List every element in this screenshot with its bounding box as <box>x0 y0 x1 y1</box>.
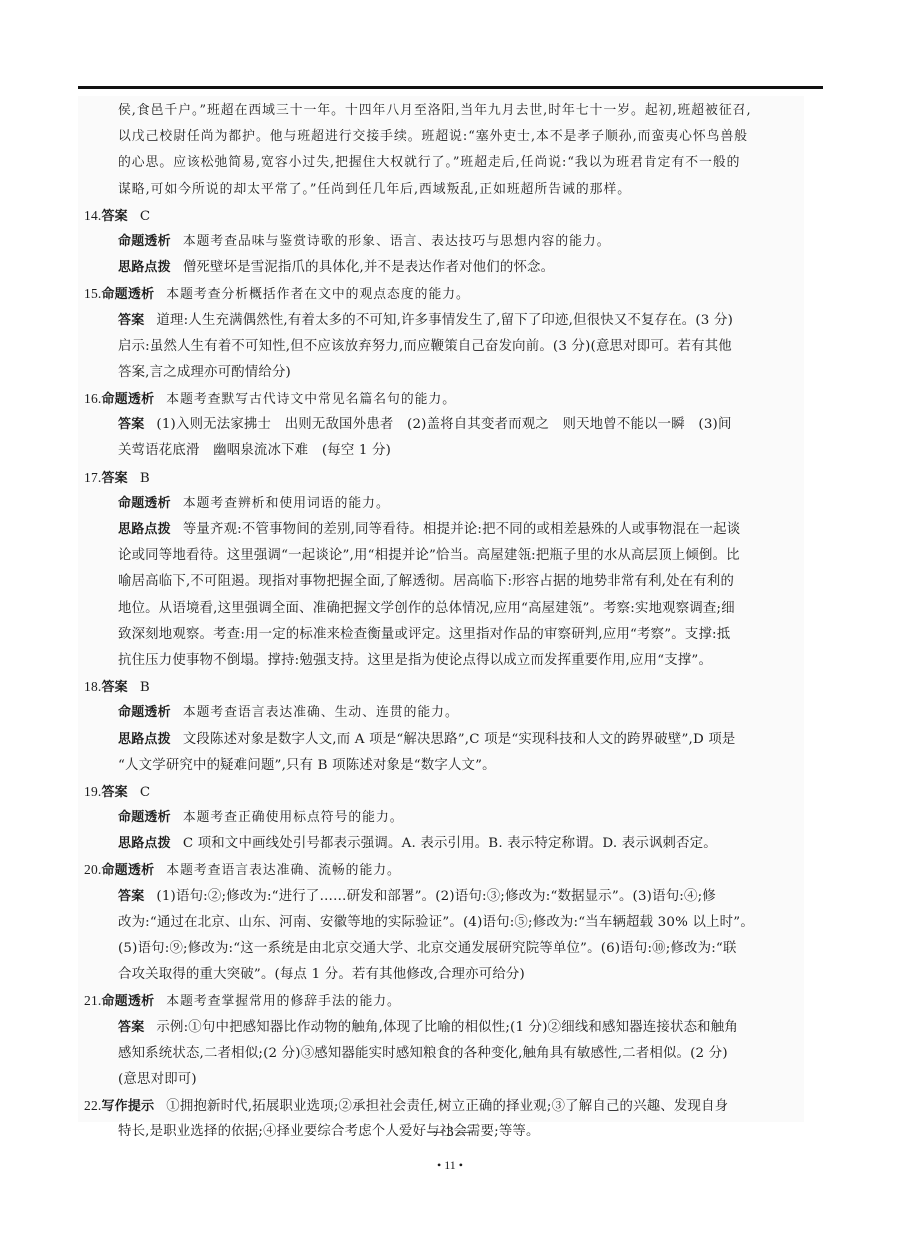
answer-label: 答案 <box>101 471 127 486</box>
question-number: 17. <box>84 465 101 491</box>
hint-continuation: “人文学研究中的疑难问题”,只有 B 项陈述对象是“数字人文”。 <box>84 753 804 779</box>
analysis-text: 本题考查辨析和使用词语的能力。 <box>183 496 390 511</box>
q16-analysis-row: 16.命题透析本题考查默写古代诗文中常见名篇名句的能力。 <box>84 386 804 412</box>
analysis-text: 本题考查分析概括作者在文中的观点态度的能力。 <box>166 287 470 302</box>
analysis-label: 命题透析 <box>101 863 154 878</box>
hint-continuation: 致深刻地观察。考查:用一定的标准来检查衡量或评定。这里指对作品的审察研判,应用“… <box>84 622 804 648</box>
q18-analysis-row: 命题透析本题考查语言表达准确、生动、连贯的能力。 <box>84 700 804 726</box>
writing-tip-label: 写作提示 <box>101 1099 154 1114</box>
answer-label: 答案 <box>118 417 144 432</box>
answer-value: C <box>140 785 150 800</box>
q18-hint-row: 思路点拨文段陈述对象是数字人文,而 A 项是“解决思路”,C 项是“实现科技和人… <box>84 727 804 753</box>
q21-analysis-row: 21.命题透析本题考查掌握常用的修辞手法的能力。 <box>84 988 804 1014</box>
hint-text: 僧死壁坏是雪泥指爪的具体化,并不是表达作者对他们的怀念。 <box>183 260 554 275</box>
answer-continuation: 改为:“通过在北京、山东、河南、安徽等地的实际验证”。(4)语句:⑤;修改为:“… <box>84 910 804 936</box>
intro-line: 的心思。应该松弛简易,宽容小过失,把握住大权就行了。”班超走后,任尚说:“我以为… <box>84 150 804 176</box>
question-number: 14. <box>84 203 101 229</box>
q18-answer-row: 18.答案B <box>84 674 804 700</box>
q17-hint-row: 思路点拨等量齐观:不管事物间的差别,同等看待。相提并论:把不同的或相差悬殊的人或… <box>84 517 804 543</box>
intro-line: 以戊己校尉任尚为都护。他与班超进行交接手续。班超说:“塞外吏士,本不是孝子顺孙,… <box>84 124 804 150</box>
answer-text: (1)入则无法家拂士 出则无敌国外患者 (2)盖将自其变者而观之 则天地曾不能以… <box>156 417 731 432</box>
answer-text: 示例:①句中把感知器比作动物的触角,体现了比喻的相似性;(1 分)②细线和感知器… <box>156 1020 738 1035</box>
question-number: 16. <box>84 386 101 412</box>
q19-analysis-row: 命题透析本题考查正确使用标点符号的能力。 <box>84 805 804 831</box>
hint-text: 等量齐观:不管事物间的差别,同等看待。相提并论:把不同的或相差悬殊的人或事物混在… <box>183 522 741 537</box>
answer-key-body: 侯,食邑千户。”班超在西域三十一年。十四年八月至洛阳,当年九月去世,时年七十一岁… <box>84 98 804 1146</box>
q20-analysis-row: 20.命题透析本题考查语言表达准确、流畅的能力。 <box>84 857 804 883</box>
answer-continuation: 关莺语花底滑 幽咽泉流冰下难 (每空 1 分) <box>84 438 804 464</box>
writing-tip-text: ①拥抱新时代,拓展职业选项;②承担社会责任,树立正确的择业观;③了解自己的兴趣、… <box>166 1099 728 1114</box>
hint-label: 思路点拨 <box>118 522 171 537</box>
hint-continuation: 地位。从语境看,这里强调全面、准确把握文学创作的总体情况,应用“高屋建瓴”。考察… <box>84 596 804 622</box>
question-number: 21. <box>84 988 101 1014</box>
hint-label: 思路点拨 <box>118 260 171 275</box>
question-number: 22. <box>84 1093 101 1119</box>
answer-label: 答案 <box>101 209 127 224</box>
answer-continuation: 合攻关取得的重大突破”。(每点 1 分。若有其他修改,合理亦可给分) <box>84 962 804 988</box>
answer-text: 道理:人生充满偶然性,有着太多的不可知,许多事情发生了,留下了印迹,但很快又不复… <box>156 313 733 328</box>
q15-analysis-row: 15.命题透析本题考查分析概括作者在文中的观点态度的能力。 <box>84 281 804 307</box>
q14-answer-row: 14.答案C <box>84 203 804 229</box>
q22-tip-row: 22.写作提示①拥抱新时代,拓展职业选项;②承担社会责任,树立正确的择业观;③了… <box>84 1093 804 1119</box>
q19-hint-row: 思路点拨C 项和文中画线处引号都表示强调。A. 表示引用。B. 表示特定称谓。D… <box>84 831 804 857</box>
analysis-label: 命题透析 <box>118 705 171 720</box>
q19-answer-row: 19.答案C <box>84 779 804 805</box>
intro-line: 谋略,可如今所说的却太平常了。”任尚到任几年后,西域叛乱,正如班超所告诫的那样。 <box>84 177 804 203</box>
question-number: 18. <box>84 674 101 700</box>
analysis-label: 命题透析 <box>118 496 171 511</box>
q17-analysis-row: 命题透析本题考查辨析和使用词语的能力。 <box>84 491 804 517</box>
answer-value: B <box>140 471 150 486</box>
q17-answer-row: 17.答案B <box>84 465 804 491</box>
page-number: — 3 — <box>0 1124 900 1141</box>
analysis-text: 本题考查语言表达准确、流畅的能力。 <box>166 863 401 878</box>
analysis-text: 本题考查掌握常用的修辞手法的能力。 <box>166 994 401 1009</box>
answer-label: 答案 <box>118 313 144 328</box>
question-number: 20. <box>84 857 101 883</box>
q21-answer-row: 答案示例:①句中把感知器比作动物的触角,体现了比喻的相似性;(1 分)②细线和感… <box>84 1015 804 1041</box>
q14-analysis-row: 命题透析本题考查品味与鉴赏诗歌的形象、语言、表达技巧与思想内容的能力。 <box>84 229 804 255</box>
hint-label: 思路点拨 <box>118 836 171 851</box>
hint-continuation: 论或同等地看待。这里强调“一起谈论”,用“相提并论”恰当。高屋建瓴:把瓶子里的水… <box>84 543 804 569</box>
analysis-label: 命题透析 <box>101 392 154 407</box>
sub-page-number: • 11 • <box>0 1158 900 1173</box>
analysis-text: 本题考查品味与鉴赏诗歌的形象、语言、表达技巧与思想内容的能力。 <box>183 234 611 249</box>
question-number: 15. <box>84 281 101 307</box>
answer-label: 答案 <box>118 1020 144 1035</box>
hint-continuation: 抗住压力使事物不倒塌。撑持:勉强支持。这里是指为使论点得以成立而发挥重要作用,应… <box>84 648 804 674</box>
answer-value: B <box>140 680 150 695</box>
hint-text: C 项和文中画线处引号都表示强调。A. 表示引用。B. 表示特定称谓。D. 表示… <box>183 836 717 851</box>
analysis-text: 本题考查语言表达准确、生动、连贯的能力。 <box>183 705 459 720</box>
header-rule <box>78 86 823 89</box>
answer-continuation: 启示:虽然人生有着不可知性,但不应该放弃努力,而应鞭策自己奋发向前。(3 分)(… <box>84 334 804 360</box>
q16-answer-row: 答案(1)入则无法家拂士 出则无敌国外患者 (2)盖将自其变者而观之 则天地曾不… <box>84 412 804 438</box>
answer-label: 答案 <box>101 785 127 800</box>
answer-label: 答案 <box>101 680 127 695</box>
analysis-text: 本题考查正确使用标点符号的能力。 <box>183 810 404 825</box>
analysis-text: 本题考查默写古代诗文中常见名篇名句的能力。 <box>166 392 456 407</box>
analysis-label: 命题透析 <box>101 994 154 1009</box>
analysis-label: 命题透析 <box>118 810 171 825</box>
answer-continuation: 感知系统状态,二者相似;(2 分)③感知器能实时感知粮食的各种变化,触角具有敏感… <box>84 1041 804 1067</box>
analysis-label: 命题透析 <box>101 287 154 302</box>
hint-label: 思路点拨 <box>118 732 171 747</box>
question-number: 19. <box>84 779 101 805</box>
analysis-label: 命题透析 <box>118 234 171 249</box>
answer-value: C <box>140 209 150 224</box>
intro-line: 侯,食邑千户。”班超在西域三十一年。十四年八月至洛阳,当年九月去世,时年七十一岁… <box>84 98 804 124</box>
q14-hint-row: 思路点拨僧死壁坏是雪泥指爪的具体化,并不是表达作者对他们的怀念。 <box>84 255 804 281</box>
q15-answer-row: 答案道理:人生充满偶然性,有着太多的不可知,许多事情发生了,留下了印迹,但很快又… <box>84 308 804 334</box>
answer-label: 答案 <box>118 889 144 904</box>
q20-answer-row: 答案(1)语句:②;修改为:“进行了……研发和部署”。(2)语句:③;修改为:“… <box>84 884 804 910</box>
answer-text: (1)语句:②;修改为:“进行了……研发和部署”。(2)语句:③;修改为:“数据… <box>156 889 715 904</box>
answer-continuation: (5)语句:⑨;修改为:“这一系统是由北京交通大学、北京交通发展研究院等单位”。… <box>84 936 804 962</box>
hint-text: 文段陈述对象是数字人文,而 A 项是“解决思路”,C 项是“实现科技和人文的跨界… <box>183 732 736 747</box>
hint-continuation: 喻居高临下,不可阻遏。现指对事物把握全面,了解透彻。居高临下:形容占据的地势非常… <box>84 569 804 595</box>
answer-continuation: 答案,言之成理亦可酌情给分) <box>84 360 804 386</box>
answer-continuation: (意思对即可) <box>84 1067 804 1093</box>
